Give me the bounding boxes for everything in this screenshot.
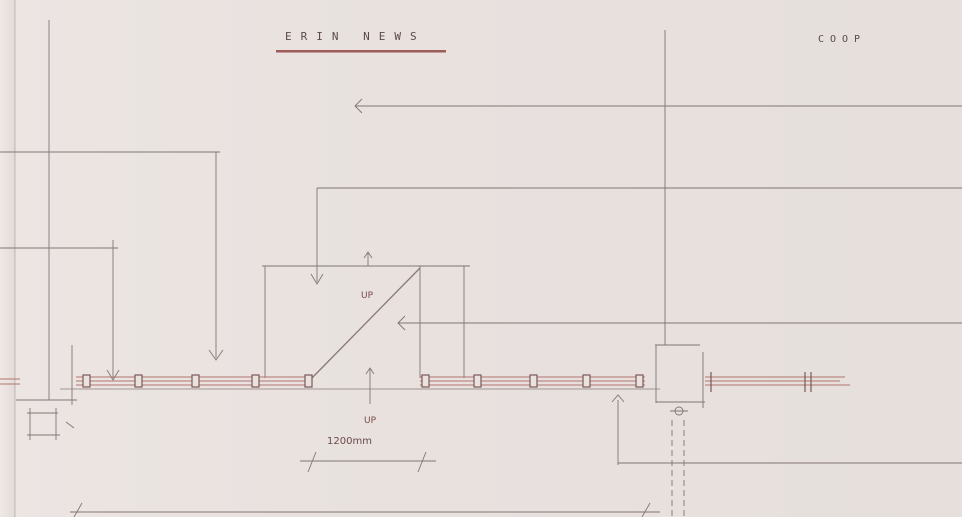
store-label-coop: COOP (818, 34, 866, 45)
plan-drawing (0, 0, 962, 517)
stair-up-label-top: UP (361, 291, 373, 301)
store-label-erin-news: ERIN NEWS (285, 30, 426, 43)
dimension-label: 1200mm (327, 436, 372, 447)
title-underline (276, 50, 446, 53)
stair-up-label-bottom: UP (364, 416, 376, 426)
